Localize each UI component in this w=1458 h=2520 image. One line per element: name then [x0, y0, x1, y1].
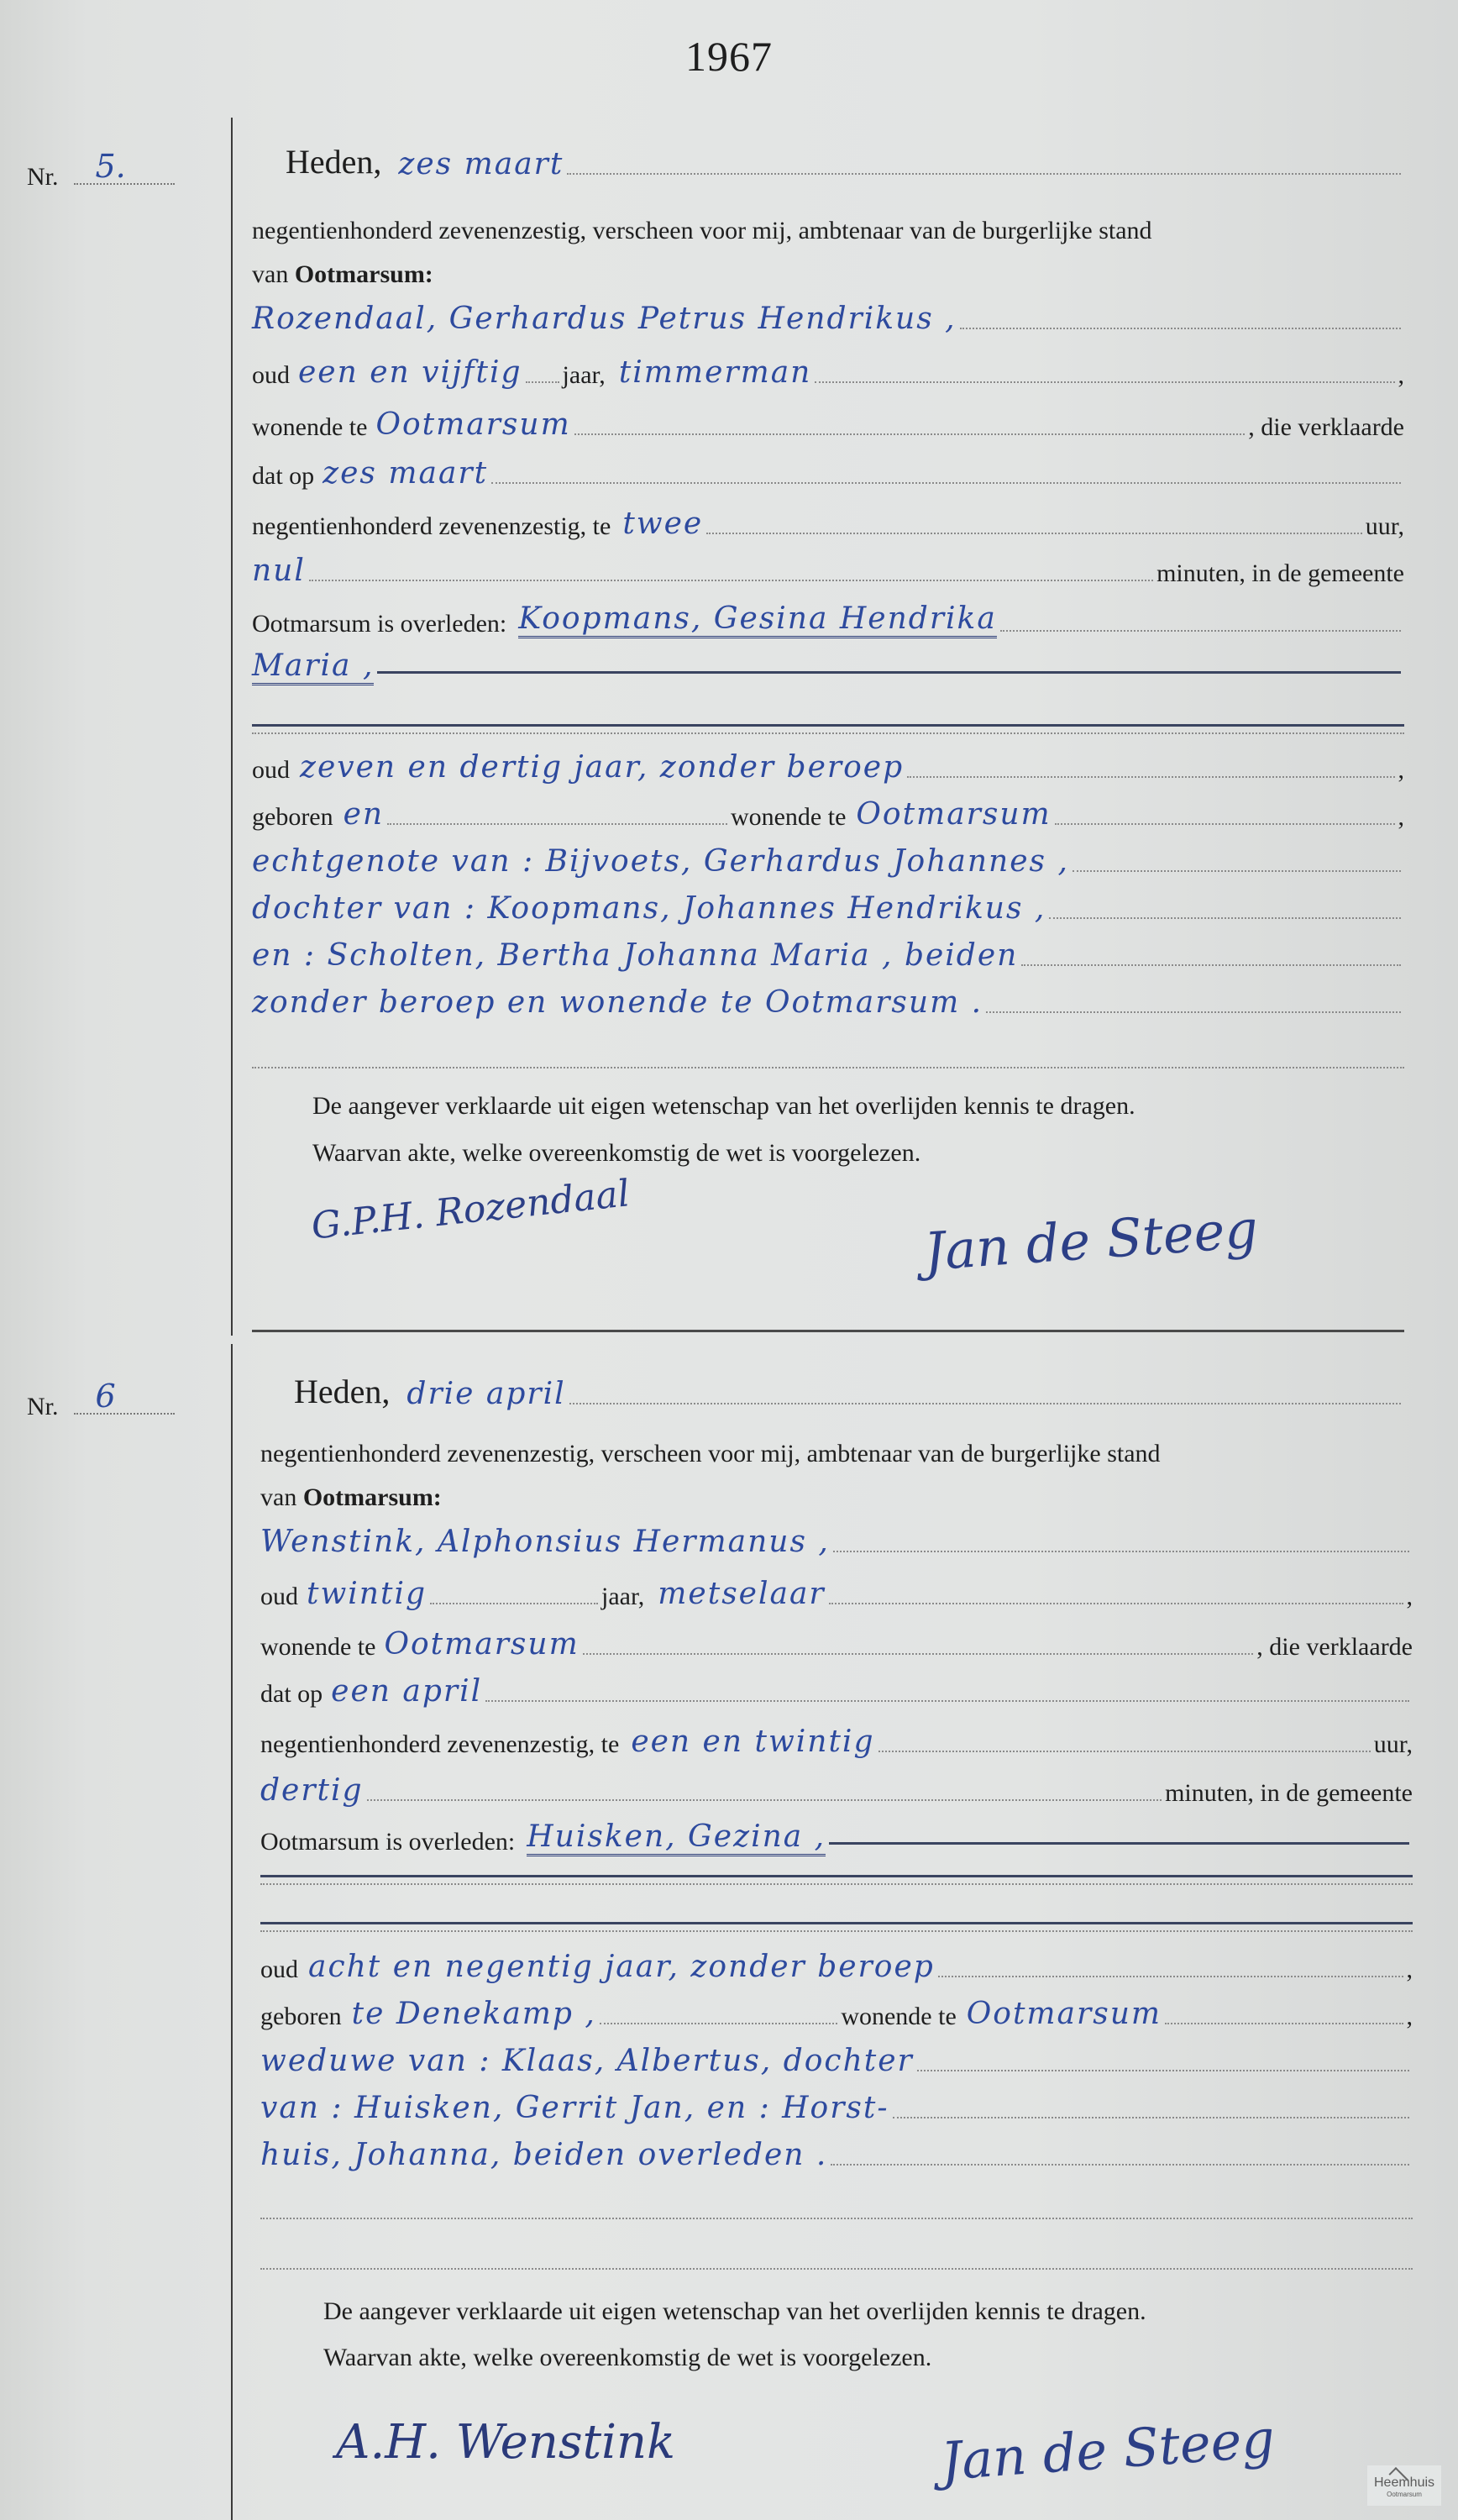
- van-label: van: [260, 1483, 296, 1512]
- death-minutes: dertig: [260, 1773, 364, 1808]
- preamble-text: negentienhonderd zevenenzestig, verschee…: [260, 1440, 1161, 1468]
- strike-rule: [260, 1875, 1413, 1877]
- strike-rule: [260, 1922, 1413, 1924]
- relation-line: huis, Johanna, beiden overleden .: [260, 2138, 827, 2172]
- oud-label: oud: [260, 1583, 298, 1611]
- relation-line: zonder beroep en wonende te Ootmarsum .: [252, 985, 983, 1020]
- te-label: negentienhonderd zevenenzestig, te: [252, 512, 611, 541]
- watermark-sub: Ootmarsum: [1367, 2491, 1441, 2498]
- signature-declarant: A.H. Wenstink: [336, 2415, 675, 2470]
- geboren-label: geboren: [252, 803, 333, 832]
- declarant-residence: Ootmarsum: [384, 1627, 579, 1662]
- te-label: negentienhonderd zevenenzestig, te: [260, 1730, 619, 1759]
- deceased-age-occupation: zeven en dertig jaar, zonder beroep: [300, 750, 904, 785]
- jaar-label: jaar,: [601, 1583, 644, 1611]
- nr-label: Nr.: [27, 163, 59, 191]
- relation-line: weduwe van : Klaas, Albertus, dochter: [260, 2044, 914, 2078]
- uur-label: uur,: [1366, 512, 1404, 541]
- declarant-occupation: metselaar: [658, 1577, 825, 1611]
- dotted-rule: [260, 1883, 1413, 1885]
- closing-statement-2: Waarvan akte, welke overeenkomstig de we…: [323, 2344, 931, 2372]
- declarant-occupation: timmerman: [619, 355, 812, 390]
- record-separator: [252, 1330, 1404, 1332]
- death-hour: een en twintig: [631, 1725, 874, 1759]
- deceased-name-cont: Maria ,: [252, 648, 374, 685]
- town-label: Ootmarsum:: [303, 1483, 442, 1512]
- closing-statement: De aangever verklaarde uit eigen wetensc…: [323, 2297, 1146, 2326]
- relation-line: en : Scholten, Bertha Johanna Maria , be…: [252, 938, 1018, 973]
- birthplace: en: [344, 797, 385, 832]
- verklaarde-label: , die verklaarde: [1256, 1633, 1413, 1662]
- verklaarde-label: , die verklaarde: [1248, 413, 1404, 442]
- dotted-rule: [252, 1067, 1404, 1068]
- declarant-age: een en vijftig: [298, 355, 522, 390]
- record-number: Nr.6: [27, 1391, 175, 1421]
- relation-line: echtgenote van : Bijvoets, Gerhardus Joh…: [252, 844, 1069, 879]
- margin-rule: [231, 1344, 233, 2520]
- date-of-act: zes maart: [398, 147, 564, 181]
- deceased-age-occupation: acht en negentig jaar, zonder beroep: [308, 1950, 935, 1984]
- dotted-rule: [260, 2218, 1413, 2219]
- relation-line: van : Huisken, Gerrit Jan, en : Horst-: [260, 2091, 889, 2125]
- year-heading: 1967: [0, 32, 1458, 81]
- wonende-label: wonende te: [260, 1633, 375, 1662]
- birthplace: te Denekamp ,: [352, 1997, 596, 2031]
- overleden-label: Ootmarsum is overleden:: [260, 1828, 515, 1856]
- closing-statement-2: Waarvan akte, welke overeenkomstig de we…: [312, 1139, 920, 1168]
- declarant-name: Wenstink, Alphonsius Hermanus ,: [260, 1525, 830, 1559]
- oud-label: oud: [252, 361, 290, 390]
- heemhuis-watermark: Heemhuis Ootmarsum: [1367, 2465, 1441, 2506]
- deceased-residence: Ootmarsum: [856, 797, 1051, 832]
- geboren-label: geboren: [260, 2003, 342, 2031]
- declarant-age: twintig: [307, 1577, 427, 1611]
- deceased-name: Huisken, Gezina ,: [527, 1819, 826, 1856]
- minuten-label: minuten, in de gemeente: [1165, 1779, 1413, 1808]
- datop-label: dat op: [260, 1680, 323, 1709]
- minuten-label: minuten, in de gemeente: [1156, 559, 1404, 588]
- heden-label: Heden,: [286, 142, 381, 181]
- signature-official: Jan de Steeg: [939, 2407, 1277, 2492]
- dotted-rule: [260, 2268, 1413, 2270]
- death-minutes: nul: [252, 554, 306, 588]
- declarant-residence: Ootmarsum: [375, 407, 570, 442]
- wonendete-label: wonende te: [731, 803, 846, 832]
- overleden-label: Ootmarsum is overleden:: [252, 610, 506, 638]
- strike-rule: [252, 724, 1404, 727]
- deceased-residence: Ootmarsum: [967, 1997, 1162, 2031]
- preamble-text: negentienhonderd zevenenzestig, verschee…: [252, 217, 1152, 245]
- deceased-name: Koopmans, Gesina Hendrika: [518, 601, 997, 638]
- wonende-label: wonende te: [252, 413, 367, 442]
- dotted-rule: [252, 732, 1404, 734]
- heden-label: Heden,: [294, 1372, 390, 1411]
- signature-declarant: G.P.H. Rozendaal: [309, 1172, 632, 1247]
- van-label: van: [252, 260, 288, 289]
- jaar-label: jaar,: [563, 361, 606, 390]
- dotted-rule: [260, 1930, 1413, 1932]
- oud-label: oud: [252, 756, 290, 785]
- death-date: zes maart: [323, 456, 488, 491]
- relation-line: dochter van : Koopmans, Johannes Hendrik…: [252, 891, 1046, 926]
- death-date: een april: [331, 1674, 482, 1709]
- wonendete-label: wonende te: [841, 2003, 956, 2031]
- closing-statement: De aangever verklaarde uit eigen wetensc…: [312, 1092, 1135, 1121]
- signature-official: Jan de Steeg: [922, 1198, 1260, 1283]
- margin-rule: [231, 118, 233, 1336]
- datop-label: dat op: [252, 462, 314, 491]
- nr-value: 5.: [96, 148, 126, 185]
- uur-label: uur,: [1374, 1730, 1413, 1759]
- declarant-name: Rozendaal, Gerhardus Petrus Hendrikus ,: [252, 302, 957, 336]
- town-label: Ootmarsum:: [295, 260, 433, 289]
- nr-value: 6: [96, 1378, 116, 1415]
- date-of-act: drie april: [406, 1377, 565, 1411]
- death-hour: twee: [622, 507, 703, 541]
- nr-label: Nr.: [27, 1393, 59, 1420]
- record-number: Nr.5.: [27, 161, 175, 192]
- oud-label: oud: [260, 1956, 298, 1984]
